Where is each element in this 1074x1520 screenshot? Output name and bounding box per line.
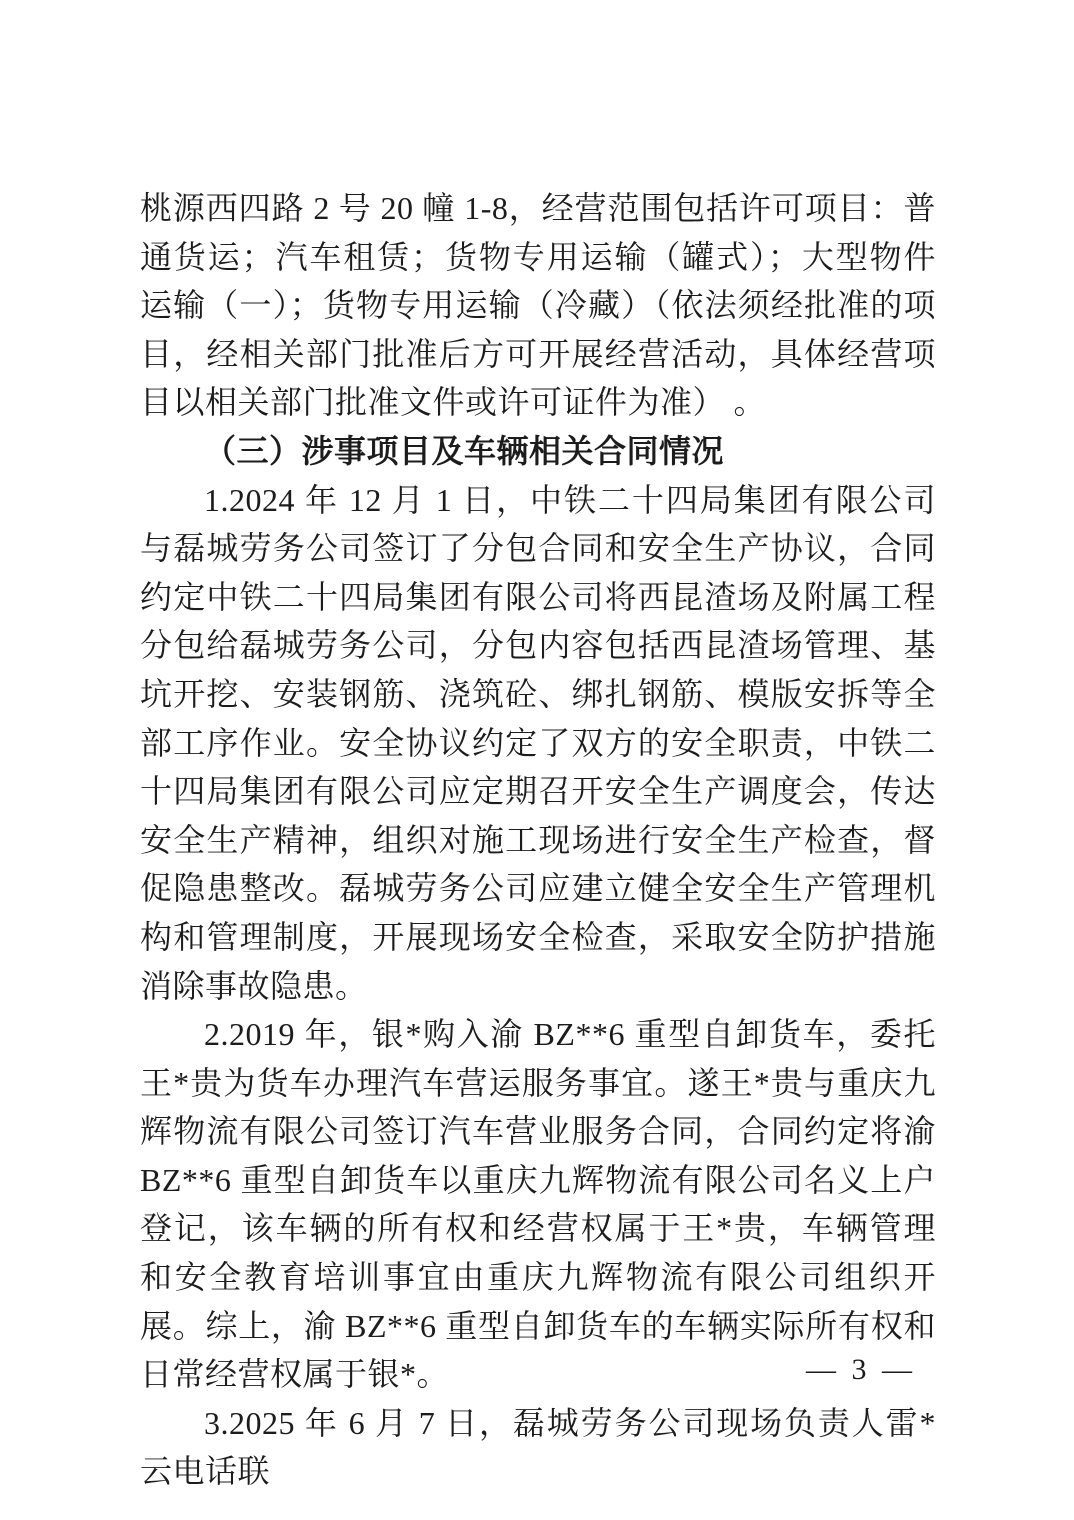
page-number: — 3 — xyxy=(806,1352,916,1388)
document-body: 桃源西四路 2 号 20 幢 1-8，经营范围包括许可项目：普通货运；汽车租赁；… xyxy=(140,184,936,1496)
continuation-paragraph: 桃源西四路 2 号 20 幢 1-8，经营范围包括许可项目：普通货运；汽车租赁；… xyxy=(140,184,936,427)
numbered-paragraph-3: 3.2025 年 6 月 7 日，磊城劳务公司现场负责人雷*云电话联 xyxy=(140,1399,936,1496)
numbered-paragraph-1: 1.2024 年 12 月 1 日，中铁二十四局集团有限公司与磊城劳务公司签订了… xyxy=(140,476,936,1011)
section-heading: （三）涉事项目及车辆相关合同情况 xyxy=(140,427,936,476)
numbered-paragraph-2: 2.2019 年，银*购入渝 BZ**6 重型自卸货车，委托王*贵为货车办理汽车… xyxy=(140,1010,936,1399)
document-page: 桃源西四路 2 号 20 幢 1-8，经营范围包括许可项目：普通货运；汽车租赁；… xyxy=(0,0,1074,1520)
